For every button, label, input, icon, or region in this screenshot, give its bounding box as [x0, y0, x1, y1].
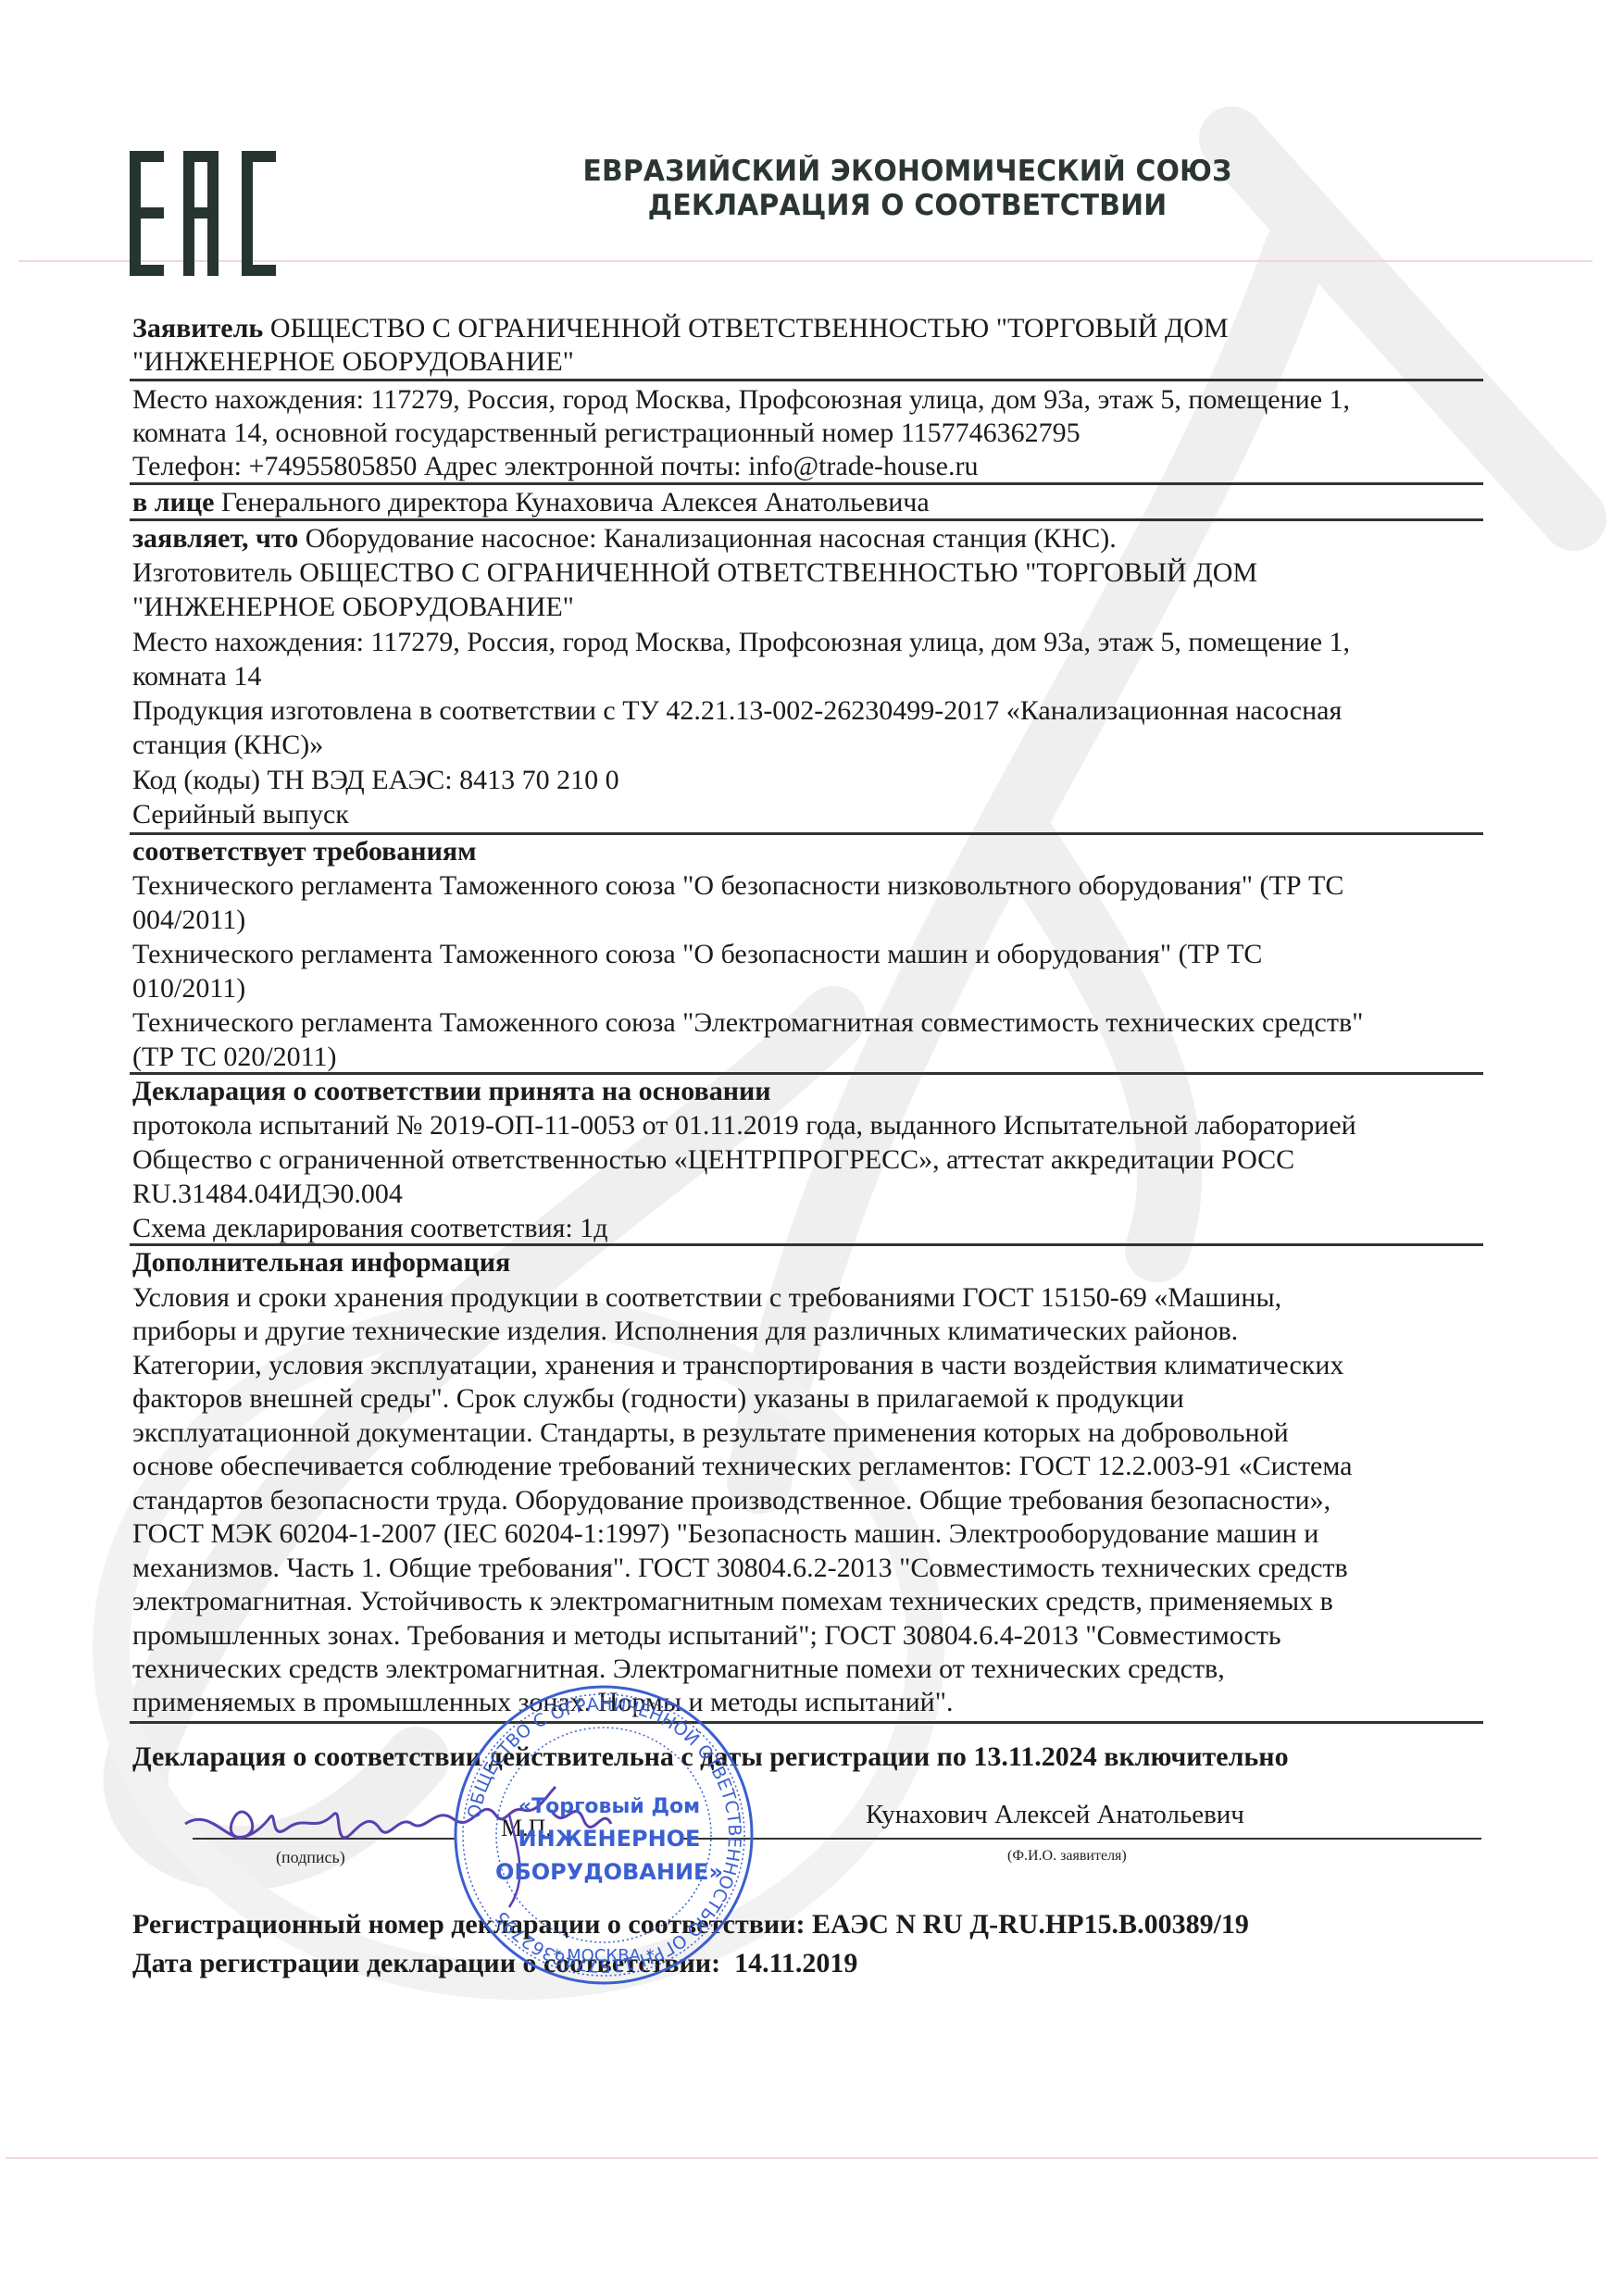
stamp-center-2: ИНЖЕНЕРНОЕ: [518, 1826, 701, 1852]
additional-heading: Дополнительная информация: [132, 1247, 510, 1279]
additional-line: приборы и другие технические изделия. Ис…: [132, 1316, 1238, 1347]
declares-label: заявляет, что: [132, 523, 298, 554]
divider: [130, 832, 1483, 835]
represented-by-label: в лице: [132, 487, 214, 518]
applicant-contacts: Телефон: +74955805850 Адрес электронной …: [132, 451, 979, 482]
complies-line: Технического регламента Таможенного союз…: [132, 1007, 1363, 1039]
declares-value: Оборудование насосное: Канализационная н…: [306, 523, 1117, 554]
additional-line: основе обеспечивается соблюдение требова…: [132, 1451, 1352, 1482]
divider: [130, 482, 1483, 485]
company-seal: ОБЩЕСТВО С ОГРАНИЧЕННОЙ ОТВЕТСТВЕННОСТЬЮ…: [452, 1683, 756, 1987]
basis-heading: Декларация о соответствии принята на осн…: [132, 1076, 771, 1107]
additional-line: ГОСТ МЭК 60204-1-2007 (IEC 60204-1:1997)…: [132, 1518, 1318, 1550]
divider: [130, 379, 1483, 381]
complies-line: Технического регламента Таможенного союз…: [132, 939, 1262, 970]
additional-line: механизмов. Часть 1. Общие требования". …: [132, 1553, 1348, 1584]
divider: [130, 518, 1483, 521]
product-spec-2: станция (КНС)»: [132, 730, 323, 761]
declares-line: заявляет, что Оборудование насосное: Кан…: [132, 523, 1117, 555]
represented-by-value: Генерального директора Кунаховича Алексе…: [221, 487, 930, 518]
additional-line: стандартов безопасности труда. Оборудова…: [132, 1485, 1330, 1516]
applicant-label: Заявитель: [132, 313, 263, 343]
product-spec-1: Продукция изготовлена в соответствии с Т…: [132, 695, 1342, 727]
additional-line: промышленных зонах. Требования и методы …: [132, 1620, 1281, 1652]
complies-line: 010/2011): [132, 973, 245, 1004]
stamp-center-3: ОБОРУДОВАНИЕ»: [495, 1859, 723, 1885]
production-type: Серийный выпуск: [132, 799, 349, 830]
additional-line: Категории, условия эксплуатации, хранени…: [132, 1350, 1343, 1381]
eac-logo-icon: [130, 151, 276, 276]
signer-name: Кунахович Алексей Анатольевич: [866, 1799, 1244, 1830]
represented-by: в лице Генерального директора Кунаховича…: [132, 487, 930, 518]
additional-line: эксплуатационной документации. Стандарты…: [132, 1417, 1289, 1449]
manufacturer-address-1: Место нахождения: 117279, Россия, город …: [132, 627, 1350, 658]
additional-line: Условия и сроки хранения продукции в соо…: [132, 1282, 1281, 1314]
declaration-page: ЕВРАЗИЙСКИЙ ЭКОНОМИЧЕСКИЙ СОЮЗ ДЕКЛАРАЦИ…: [0, 0, 1624, 2296]
registration-number-value: ЕАЭС N RU Д-RU.НР15.В.00389/19: [812, 1909, 1249, 1940]
applicant-line-2: "ИНЖЕНЕРНОЕ ОБОРУДОВАНИЕ": [132, 346, 574, 378]
title-union: ЕВРАЗИЙСКИЙ ЭКОНОМИЧЕСКИЙ СОЮЗ: [517, 155, 1299, 188]
additional-line: факторов внешней среды". Срок службы (го…: [132, 1383, 1184, 1415]
title-declaration: ДЕКЛАРАЦИЯ О СООТВЕТСТВИИ: [517, 189, 1299, 222]
manufacturer-line-2: "ИНЖЕНЕРНОЕ ОБОРУДОВАНИЕ": [132, 592, 574, 623]
complies-line: 004/2011): [132, 905, 245, 936]
applicant-name: ОБЩЕСТВО С ОГРАНИЧЕННОЙ ОТВЕТСТВЕННОСТЬЮ…: [270, 313, 1229, 343]
divider: [130, 1243, 1483, 1246]
complies-line: (ТР ТС 020/2011): [132, 1042, 337, 1073]
basis-line: Схема декларирования соответствия: 1д: [132, 1213, 608, 1244]
name-line: [681, 1838, 1481, 1840]
additional-line: электромагнитная. Устойчивость к электро…: [132, 1586, 1333, 1617]
basis-line: протокола испытаний № 2019-ОП-11-0053 от…: [132, 1110, 1356, 1142]
applicant-address-2: комната 14, основной государственный рег…: [132, 418, 1081, 449]
stamp-city: * МОСКВА *: [553, 1946, 654, 1965]
applicant-line-1: Заявитель ОБЩЕСТВО С ОГРАНИЧЕННОЙ ОТВЕТС…: [132, 313, 1229, 344]
applicant-address-1: Место нахождения: 117279, Россия, город …: [132, 384, 1350, 416]
basis-line: RU.31484.04ИДЭ0.004: [132, 1179, 403, 1210]
name-caption: (Ф.И.О. заявителя): [1007, 1848, 1127, 1865]
basis-line: Общество с ограниченной ответственностью…: [132, 1144, 1294, 1176]
stamp-center-1: «Торговый Дом: [518, 1795, 700, 1818]
additional-line: технических средств электромагнитная. Эл…: [132, 1653, 1225, 1685]
hs-code: Код (коды) ТН ВЭД ЕАЭС: 8413 70 210 0: [132, 765, 619, 796]
bottom-pink-line: [6, 2157, 1598, 2159]
complies-line: Технического регламента Таможенного союз…: [132, 870, 1343, 902]
complies-heading: соответствует требованиям: [132, 836, 477, 867]
divider: [130, 1072, 1483, 1075]
divider: [130, 1721, 1483, 1724]
manufacturer-line-1: Изготовитель ОБЩЕСТВО С ОГРАНИЧЕННОЙ ОТВ…: [132, 557, 1257, 589]
manufacturer-address-2: комната 14: [132, 661, 261, 693]
